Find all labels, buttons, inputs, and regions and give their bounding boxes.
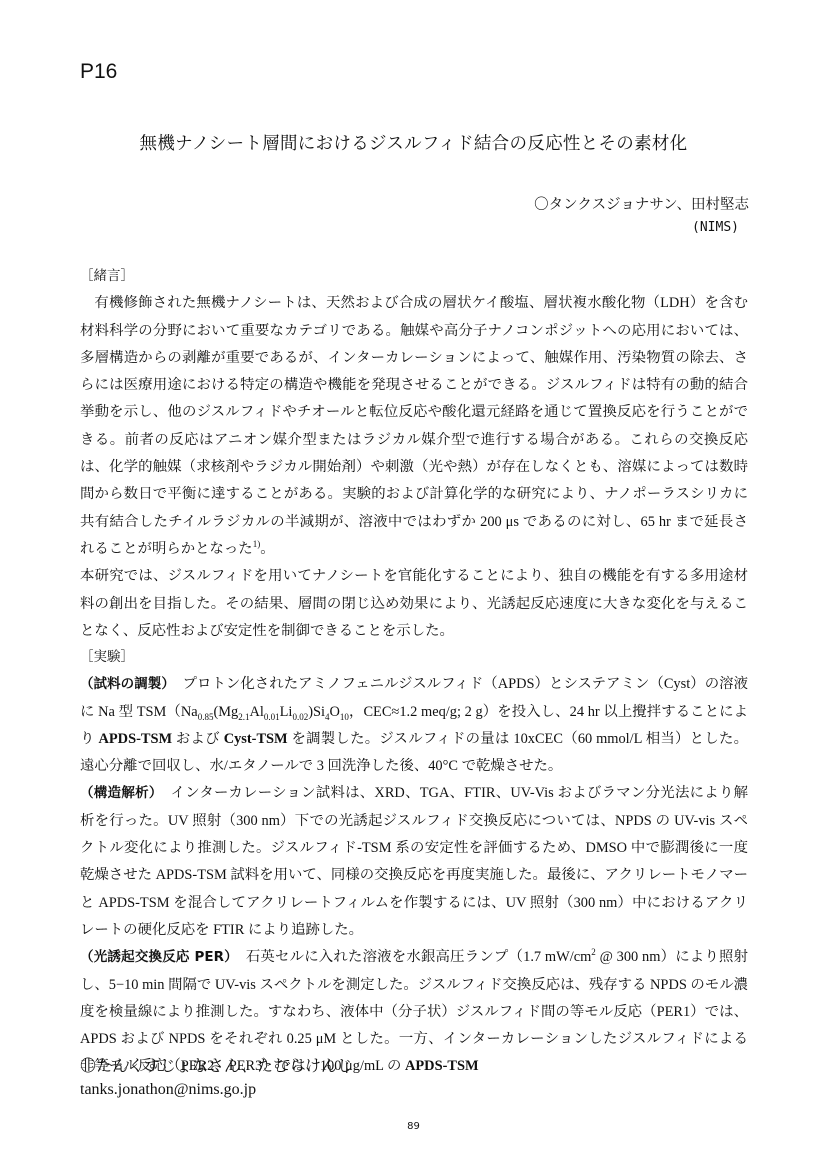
subheading-structural-analysis: （構造解析） [80, 785, 156, 801]
intro-paragraph-1-text: 有機修飾された無機ナノシートは、天然および合成の層状ケイ酸塩、層状複水酸化物（L… [80, 295, 748, 557]
prep-text: O [329, 704, 339, 720]
intro-paragraph-1: 有機修飾された無機ナノシートは、天然および合成の層状ケイ酸塩、層状複水酸化物（L… [80, 290, 748, 563]
contact-email[interactable]: tanks.jonathon@nims.go.jp [80, 1078, 353, 1101]
subscript: 2.1 [238, 711, 249, 721]
affiliation: (NIMS) [692, 220, 739, 235]
subscript: 10 [340, 711, 349, 721]
page-number: 89 [0, 1121, 827, 1132]
prep-text: Al [249, 704, 263, 720]
paper-title: 無機ナノシート層間におけるジスルフィド結合の反応性とその素材化 [0, 130, 827, 155]
document-page: P16 無機ナノシート層間におけるジスルフィド結合の反応性とその素材化 〇タンク… [0, 0, 827, 1170]
structural-analysis-paragraph: （構造解析） インターカレーション試料は、XRD、TGA、FTIR、UV-Vis… [80, 780, 748, 944]
subscript: 0.01 [264, 711, 280, 721]
experiment-section: ［実験］ （試料の調製） プロトン化されたアミノフェニルジスルフィド（APDS）… [80, 644, 748, 1081]
poster-code: P16 [80, 60, 117, 84]
sample-name-apds-tsm: APDS-TSM [405, 1058, 479, 1074]
footnote: 〇たんくすじょなさん、たむらけんじ tanks.jonathon@nims.go… [80, 1055, 353, 1101]
intro-paragraph-2: 本研究では、ジスルフィドを用いてナノシートを官能化することにより、独自の機能を有… [80, 563, 748, 645]
subscript: 0.02 [292, 711, 308, 721]
struct-text: インターカレーション試料は、XRD、TGA、FTIR、UV-Vis およびラマン… [80, 785, 748, 937]
sample-name-apds-tsm: APDS-TSM [99, 731, 173, 747]
intro-paragraph-1-end: 。 [260, 541, 274, 557]
section-heading-introduction: ［緒言］ [80, 263, 748, 290]
subscript: 0.85 [198, 711, 214, 721]
per-text: 石英セルに入れた溶液を水銀高圧ランプ（1.7 mW/cm [231, 949, 591, 965]
prep-text: (Mg [213, 704, 238, 720]
subheading-per: （光誘起交換反応 PER） [80, 949, 231, 965]
section-heading-experiment: ［実験］ [80, 644, 748, 671]
sample-name-cyst-tsm: Cyst-TSM [224, 731, 288, 747]
author-list: 〇タンクスジョナサン、田村堅志 [534, 193, 749, 214]
author-names-kana: 〇たんくすじょなさん、たむらけんじ [80, 1055, 353, 1078]
subheading-sample-preparation: （試料の調製） [80, 676, 168, 692]
introduction-section: ［緒言］ 有機修飾された無機ナノシートは、天然および合成の層状ケイ酸塩、層状複水… [80, 263, 748, 645]
sample-preparation-paragraph: （試料の調製） プロトン化されたアミノフェニルジスルフィド（APDS）とシステア… [80, 671, 748, 780]
prep-text: )Si [308, 704, 325, 720]
prep-text: Li [280, 704, 293, 720]
prep-text: および [172, 731, 224, 747]
